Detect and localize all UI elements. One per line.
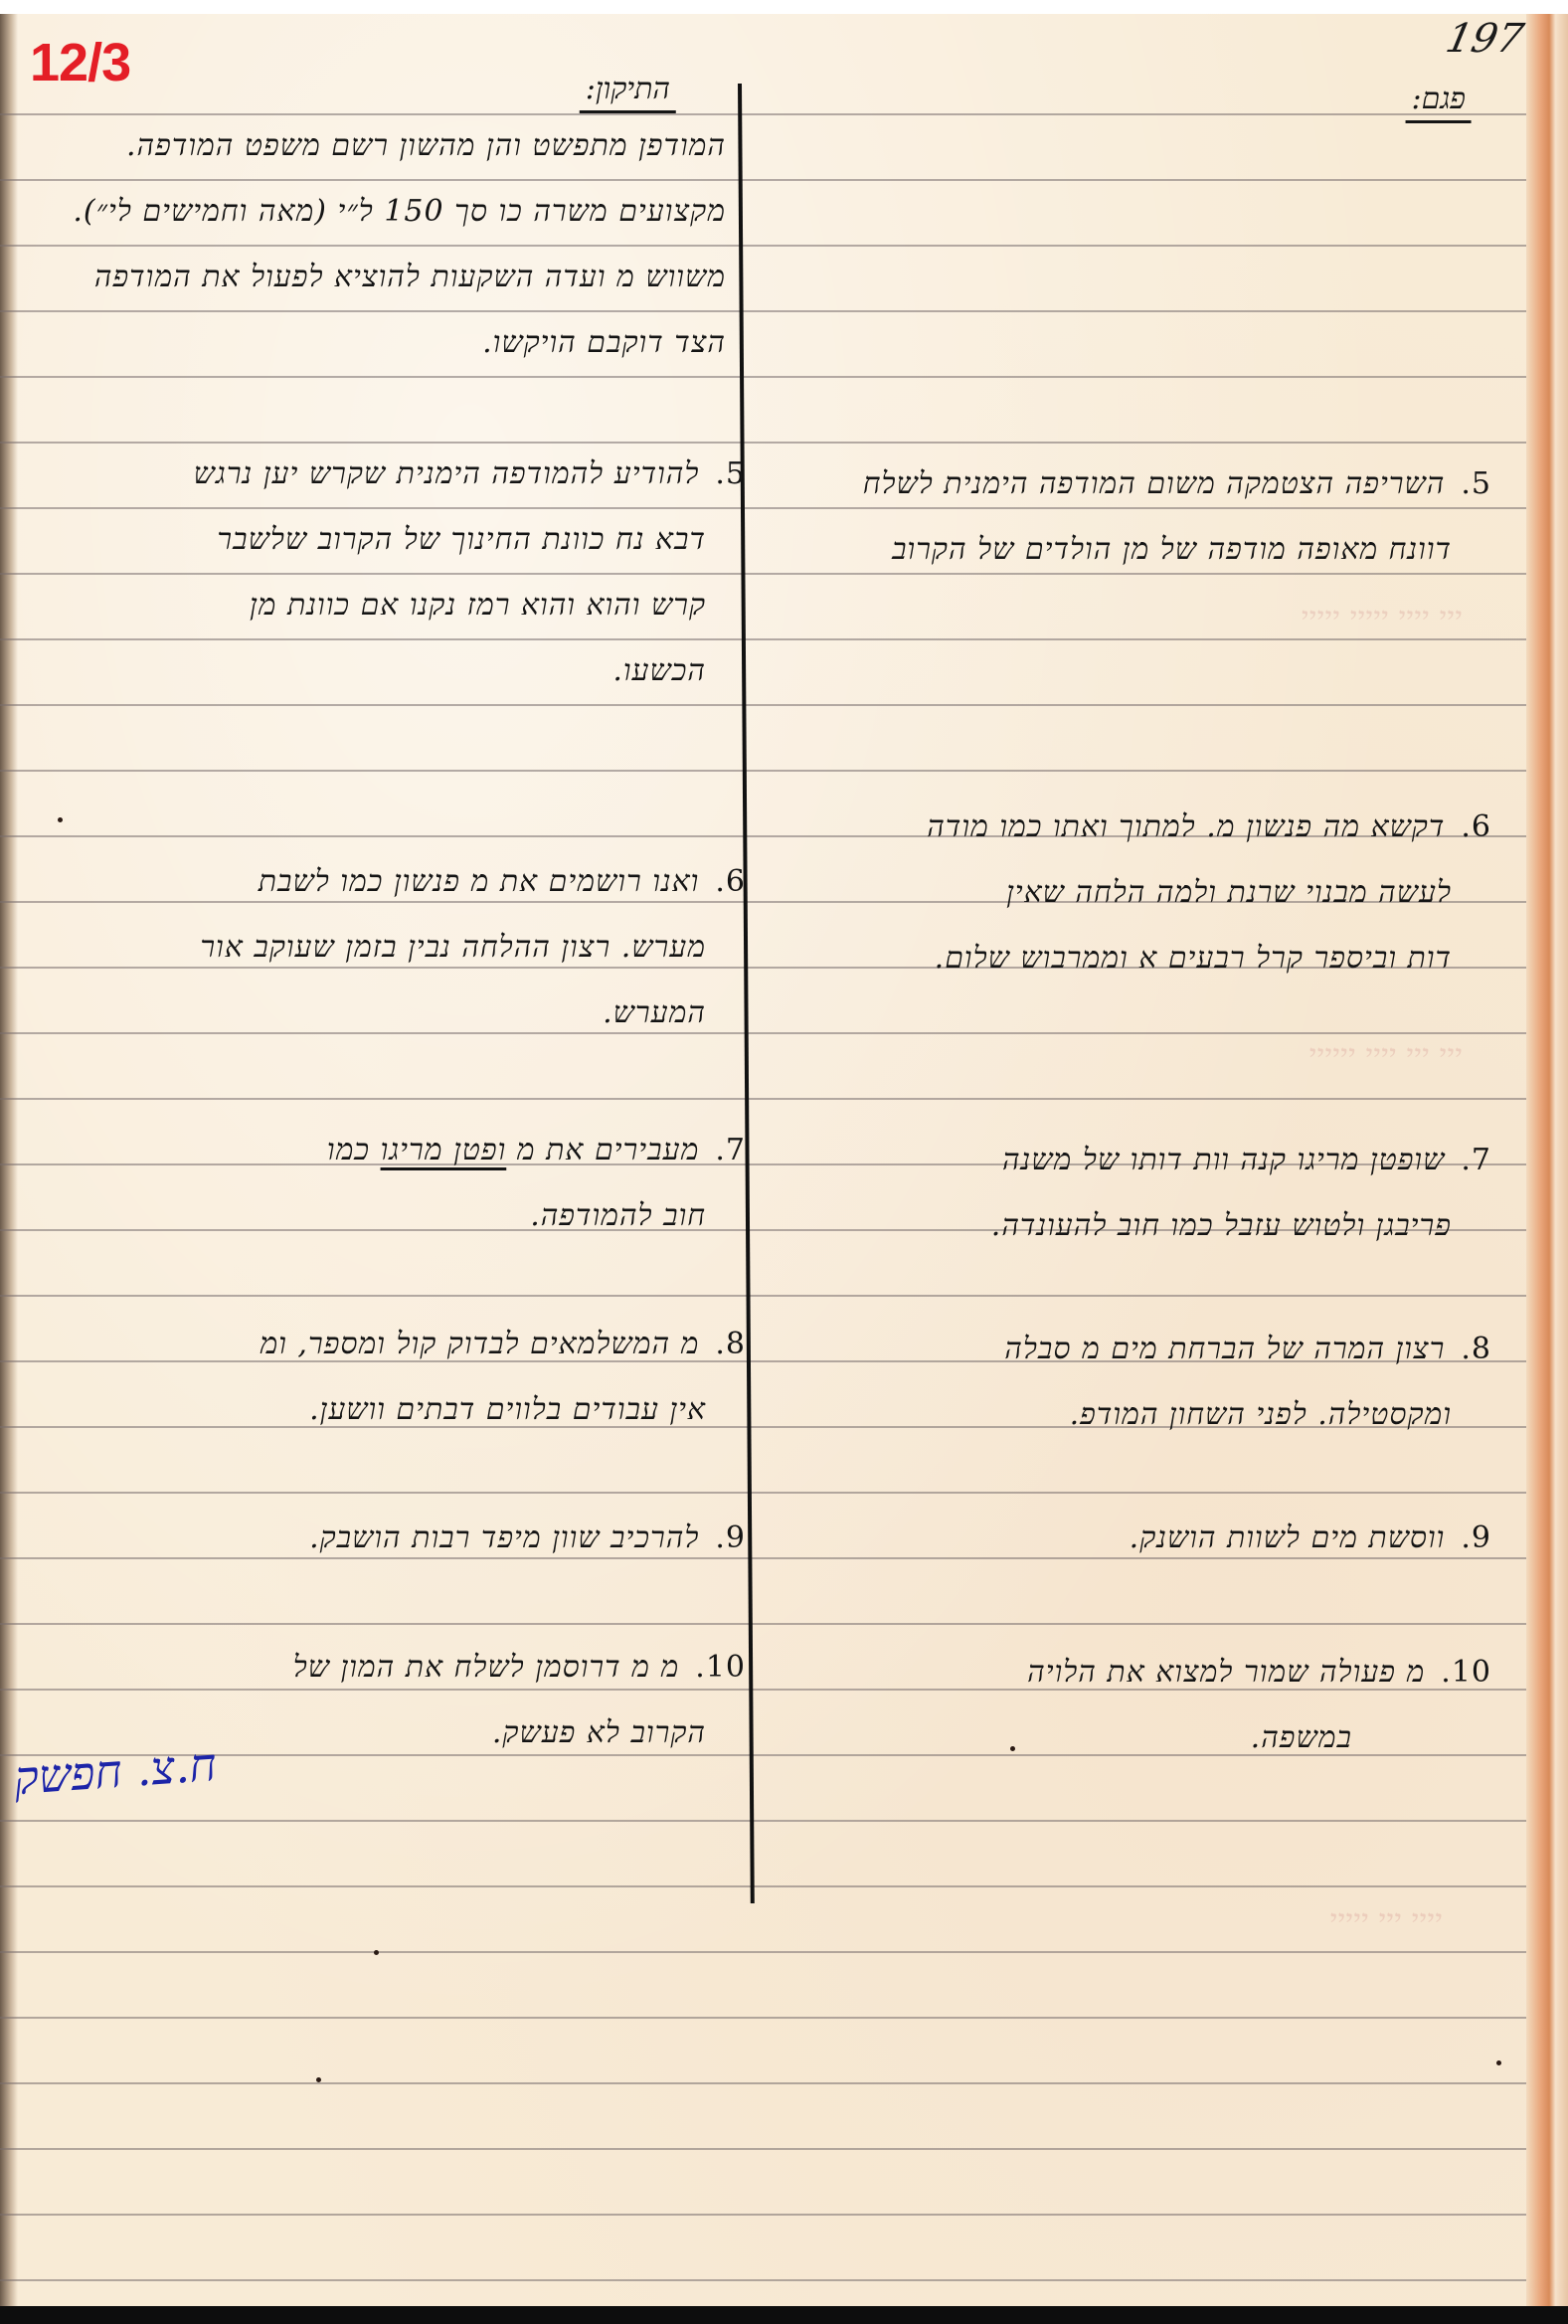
column-heading-correction: התיקון: [580, 72, 676, 113]
item-line: מעבירים את מ [506, 1133, 699, 1167]
item-line: אין עבודים בלווים דבתים וושען. [60, 1377, 706, 1443]
defect-item-7: 7.שופטן מריגו קנה וות דותו של משנה פריבג… [795, 1128, 1491, 1259]
item-line: דוונח מאופה מודפה של מן הולדים של הקרוב [795, 517, 1452, 583]
item-line: דקשא מה פנשון מ. למתוך ואתו כמו מודה [927, 809, 1445, 844]
ruled-line [0, 1885, 1526, 1887]
date-stamp: 12/3 [30, 32, 130, 93]
item-line: ווסשת מים לשוות הושנק. [1130, 1520, 1446, 1555]
ink-speck [374, 1950, 379, 1955]
item-line: מ מ דרוסמן לשלח את המון של [293, 1650, 680, 1685]
correction-intro: המודפן מתפשט והן מהשון רשם משפט המודפה. … [30, 113, 726, 376]
bleed-through-text: ייי ייי יייי יייייי [815, 1038, 1462, 1073]
item-line: דבא נח כוונת החינוך של הקרוב שלשבר [60, 507, 706, 573]
correction-item-6: 6.ואנו רושמים את מ פנשון כמו לשבת מערש. … [60, 849, 746, 1046]
item-number: 8. [715, 1327, 746, 1361]
defect-item-8: 8.רצון המרה של הברחת מים מ סבלה ומקסטילה… [795, 1317, 1491, 1448]
intro-line: מקצועים משרה כו סך 150 ל״י (מאה וחמישים … [30, 179, 726, 245]
defect-item-5: 5.השריפה הצטמקה משום המודפה הימנית לשלח … [795, 451, 1491, 583]
item-number: 10. [1441, 1655, 1491, 1690]
ruled-line [0, 770, 1526, 772]
item-line: מ פעולה שמור למצוא את הלויה [1027, 1655, 1425, 1690]
intro-line: משווש מ ועדה השקעות להוציא לפעול את המוד… [30, 245, 726, 310]
ink-speck [316, 2077, 321, 2082]
item-number: 7. [715, 1133, 746, 1167]
item-line: מ המשלמאים לבדוק קול ומספר, ומ [260, 1327, 699, 1361]
item-line: הכשעו. [60, 638, 706, 704]
bleed-through-text: יייי ייי ייייי [845, 1903, 1442, 1938]
item-line: כמו [327, 1133, 381, 1167]
ruled-line [0, 2214, 1526, 2216]
item-line: ומקסטילה. לפני השחון המודפ. [795, 1382, 1452, 1448]
correction-item-8: 8.מ המשלמאים לבדוק קול ומספר, ומ אין עבו… [60, 1312, 746, 1443]
item-number: 7. [1461, 1143, 1491, 1177]
ruled-line [0, 704, 1526, 706]
ruled-line [0, 1492, 1526, 1494]
ink-speck [1496, 2060, 1501, 2065]
item-line: להרכיב שוון מיפד רבות הושבק. [309, 1520, 699, 1555]
ruled-line [0, 1820, 1526, 1822]
item-line: מערש. רצון ההלחה נבין בזמן שעוקב אור [60, 915, 706, 981]
scan-edge [0, 2306, 1568, 2324]
item-number: 9. [1461, 1520, 1491, 1555]
item-line: ואנו רושמים את מ פנשון כמו לשבת [259, 864, 700, 899]
defect-item-10: 10.מ פעולה שמור למצוא את הלויה במשפה. [795, 1640, 1491, 1771]
item-line: לעשה מבנוי שרנת ולמה הלחה שאין [795, 860, 1452, 926]
defect-item-6: 6.דקשא מה פנשון מ. למתוך ואתו כמו מודה ל… [795, 795, 1491, 991]
signature: ח.צ. חפשק [12, 1737, 218, 1805]
item-number: 5. [1461, 466, 1491, 501]
ruled-line [0, 1951, 1526, 1953]
item-number: 5. [715, 456, 746, 491]
page-number: 197 [1442, 16, 1527, 62]
ruled-line [0, 2017, 1526, 2019]
binding-shadow [0, 14, 18, 2306]
item-line: להודיע להמודפה הימנית שקרש יען נרגש [194, 456, 700, 491]
ruled-line [0, 2148, 1526, 2150]
item-line: חוב להמודפה. [60, 1183, 706, 1249]
ruled-line [0, 1098, 1526, 1100]
item-line: שופטן מריגו קנה וות דותו של משנה [1002, 1143, 1445, 1177]
correction-item-7: 7.מעבירים את מ ופטן מריגו כמו חוב להמודפ… [60, 1118, 746, 1249]
item-number: 6. [715, 864, 746, 899]
item-line: קרש והוא והוא רמז נקנו אם כוונת מן [60, 573, 706, 638]
item-line: המערש. [60, 981, 706, 1046]
ruled-line [0, 1295, 1526, 1297]
notebook-page: ייי יייי ייייי ייייי ייי ייי יייי יייייי… [0, 14, 1568, 2306]
ink-speck [1010, 1746, 1015, 1751]
intro-line: הצד דוקבם הויקשו. [30, 310, 726, 376]
ruled-line [0, 376, 1526, 378]
column-heading-defect: פגם: [1406, 82, 1472, 123]
item-line: רצון המרה של הברחת מים מ סבלה [1004, 1332, 1445, 1366]
item-line: השריפה הצטמקה משום המודפה הימנית לשלח [863, 466, 1446, 501]
item-number: 9. [715, 1520, 746, 1555]
ink-speck [58, 817, 63, 822]
ruled-line [0, 2279, 1526, 2281]
intro-line: המודפן מתפשט והן מהשון רשם משפט המודפה. [30, 113, 726, 179]
item-number: 8. [1461, 1332, 1491, 1366]
item-line: דות וביספר קרל רבעים א וממרבוש שלום. [795, 926, 1452, 991]
underlined-name: ופטן מריגו [381, 1133, 507, 1167]
correction-item-5: 5.להודיע להמודפה הימנית שקרש יען נרגש דב… [60, 442, 746, 704]
item-number: 10. [695, 1650, 746, 1685]
ruled-line [0, 2082, 1526, 2084]
item-number: 6. [1461, 809, 1491, 844]
correction-item-9: 9.להרכיב שוון מיפד רבות הושבק. [60, 1506, 746, 1571]
item-line: פריבגן ולטוש עזבל כמו חוב להעונדה. [795, 1193, 1452, 1259]
item-line: במשפה. [795, 1705, 1352, 1771]
page-edge [1526, 14, 1568, 2306]
defect-item-9: 9.ווסשת מים לשוות הושנק. [795, 1506, 1491, 1571]
bleed-through-text: ייי יייי ייייי ייייי [815, 601, 1462, 635]
ruled-line [0, 1623, 1526, 1625]
